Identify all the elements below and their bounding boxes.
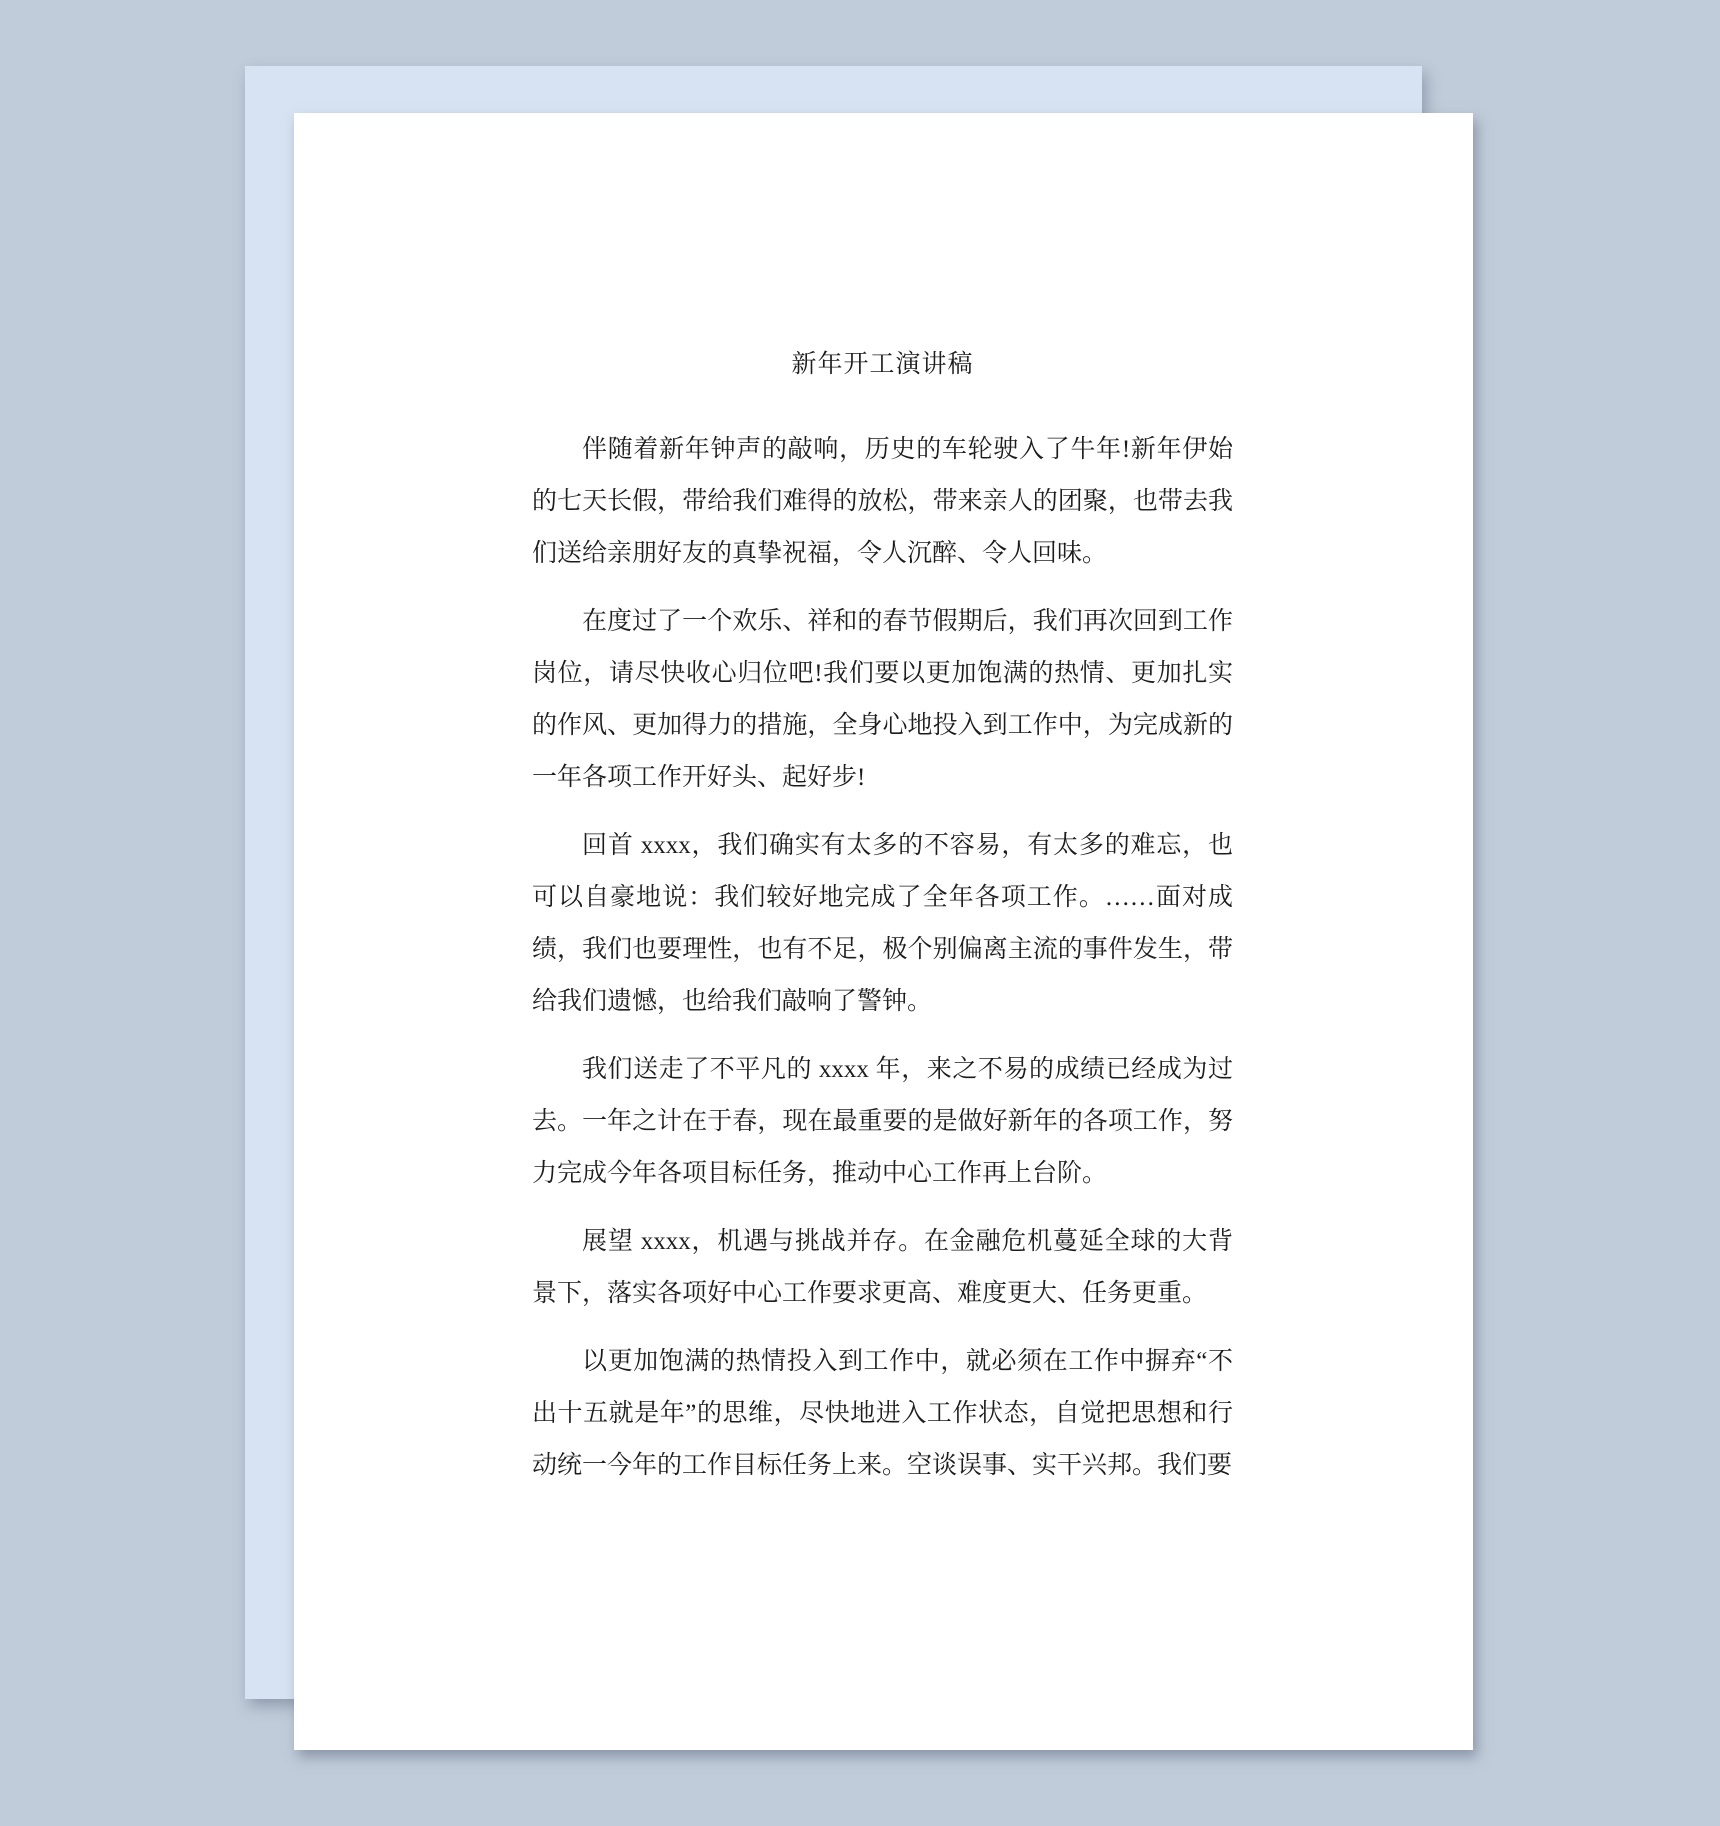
- document-preview-canvas: 新年开工演讲稿 伴随着新年钟声的敲响，历史的车轮驶入了牛年!新年伊始的七天长假，…: [0, 0, 1720, 1826]
- paragraph-commitment: 以更加饱满的热情投入到工作中，就必须在工作中摒弃“不出十五就是年”的思维，尽快地…: [532, 1336, 1233, 1492]
- document-page: 新年开工演讲稿 伴随着新年钟声的敲响，历史的车轮驶入了牛年!新年伊始的七天长假，…: [294, 113, 1473, 1750]
- paragraph-outlook: 展望 xxxx，机遇与挑战并存。在金融危机蔓延全球的大背景下，落实各项好中心工作…: [532, 1216, 1233, 1320]
- paragraph-farewell-year: 我们送走了不平凡的 xxxx 年，来之不易的成绩已经成为过去。一年之计在于春，现…: [532, 1044, 1233, 1200]
- paragraph-back-to-work: 在度过了一个欢乐、祥和的春节假期后，我们再次回到工作岗位，请尽快收心归位吧!我们…: [532, 596, 1233, 804]
- paragraph-opening: 伴随着新年钟声的敲响，历史的车轮驶入了牛年!新年伊始的七天长假，带给我们难得的放…: [532, 424, 1233, 580]
- document-title: 新年开工演讲稿: [532, 339, 1233, 391]
- paragraph-review: 回首 xxxx，我们确实有太多的不容易，有太多的难忘，也可以自豪地说：我们较好地…: [532, 820, 1233, 1028]
